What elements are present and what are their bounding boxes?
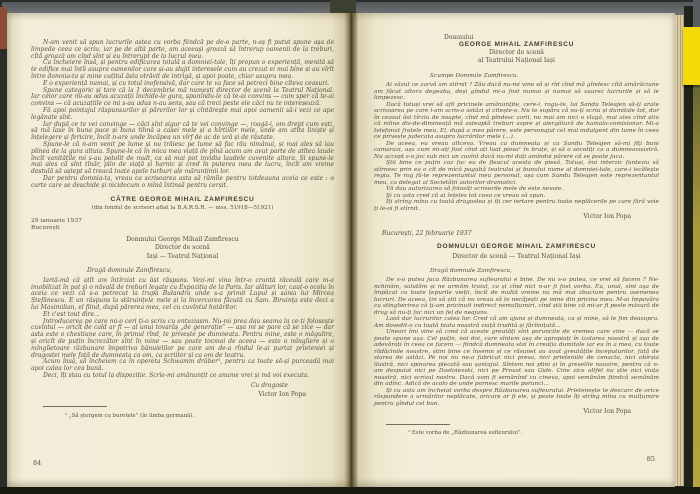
addressee-line: Iași — Teatrul Național (31, 253, 334, 260)
intro-paragraph: N-am venit să spun lucrurile astea cu vo… (31, 40, 334, 60)
left-page-text: N-am venit să spun lucrurile astea cu vo… (31, 40, 334, 425)
addressee-line: Director de scenă (374, 49, 659, 56)
letter-paragraph: De s-o putea juca Răzbunarea sufleurului… (374, 277, 659, 316)
letter-paragraph: Lasă dar lucrurilor calea lor. Cred că a… (374, 316, 659, 329)
letter-subheading: Director de scenă — Teatrul Național Iaș… (374, 253, 659, 260)
right-page-text: Domnului GEORGE MIHAIL ZAMFIRESCU Direct… (374, 35, 659, 442)
letter-heading: CĂTRE GEORGE MIHAIL ZAMFIRESCU (31, 197, 334, 204)
intro-paragraph: Iar după ce te vei convinge — căci sînt … (31, 122, 334, 142)
intro-paragraph: Fă apoi pointajul răspunsurilor și părer… (31, 108, 334, 122)
letter-paragraph: Iartă-mă că atît am întîrziat cu ăst răs… (31, 278, 334, 312)
letter-paragraph: Și cu asta am încheiat vorba despre Răzb… (374, 388, 659, 408)
page-number: 84 (33, 459, 41, 467)
footnote: ¹ „Să ștergem cu buretele” (în limba ger… (65, 413, 334, 420)
letter-paragraph: Uneori îmi vine să cred că aceste greută… (374, 329, 659, 388)
footnote-rule (386, 424, 450, 425)
letter-dateline: București, 22 februarie 1937 (382, 231, 659, 238)
left-page: N-am venit să spun lucrurile astea cu vo… (7, 13, 352, 487)
footnote: ¹ Este vorba de „Răzbunarea sufleurului”… (408, 430, 659, 437)
letter-paragraph: De aceea, eu vreau altceva. Vreau ca dum… (374, 141, 659, 161)
signature: Victor Ion Popa (374, 214, 631, 221)
addressee-line: Director de scenă (31, 244, 334, 251)
footnote-rule (43, 406, 107, 407)
addressee-name: GEORGE MIHAIL ZAMFIRESCU (374, 42, 659, 49)
book-gutter (344, 11, 358, 489)
salutation: Dragă domnule Zamfirescu, (87, 268, 334, 275)
intro-paragraph: Dar pentru domnia-ta, vreau ca scrisoare… (31, 176, 334, 190)
cover-corner (0, 7, 7, 49)
addressee-line: al Teatrului Național Iași (374, 57, 659, 64)
letter-paragraph: Acum însă, să încheiem ca în opereta Sch… (31, 359, 334, 373)
letter-source-note: (din fondul de scrisori aflat la B.A.R.S… (31, 205, 334, 212)
letter-paragraph: Deci, îți stau cu totul la dispoziție. S… (31, 373, 334, 380)
letter-closing: Cu dragoste (31, 383, 288, 390)
letter-date: 29 ianuarie 1937 (31, 218, 334, 225)
page-edge-stack (675, 15, 684, 486)
letter-paragraph: Dacă totuși vrei să afli pricinele amănu… (374, 102, 659, 141)
bottom-shadow (0, 487, 700, 494)
letter-place: București (31, 225, 334, 232)
right-page: Domnului GEORGE MIHAIL ZAMFIRESCU Direct… (352, 13, 675, 487)
page-number: 85 (647, 455, 655, 463)
letter-heading: DOMNULUI GEORGE MIHAIL ZAMFIRESCU (374, 244, 659, 251)
letter-paragraph: Ai văzut ce zarvă am stîrnit ? Zău dacă … (374, 82, 659, 102)
signature: Victor Ion Popa (31, 392, 306, 399)
intro-paragraph: Spune-le că n-am venit pe lume și nu tră… (31, 142, 334, 176)
addressee-line: Domnului George Mihail Zamfirescu (31, 236, 334, 243)
signature: Victor Ion Popa (374, 409, 631, 416)
bookmark-tab (683, 27, 700, 85)
intro-paragraph: Ca încheiere însă, și pentru edificarea … (31, 60, 334, 80)
letter-paragraph: Știi bine ce puțin caz fac eu de fleacul… (374, 160, 659, 186)
book-scan: N-am venit să spun lucrurile astea cu vo… (0, 0, 700, 494)
intro-paragraph: Spune categoric și tare că la 1 decembri… (31, 88, 334, 108)
salutation: Dragă domnule Zamfirescu, (430, 268, 659, 275)
salutation: Scumpe Domnule Zamfirescu. (430, 73, 659, 80)
letter-paragraph: Îți strîng mîna cu toată dragostea și îț… (374, 199, 659, 212)
letter-paragraph: Introducerea pe care mi-o ceri ți-o scri… (31, 319, 334, 360)
